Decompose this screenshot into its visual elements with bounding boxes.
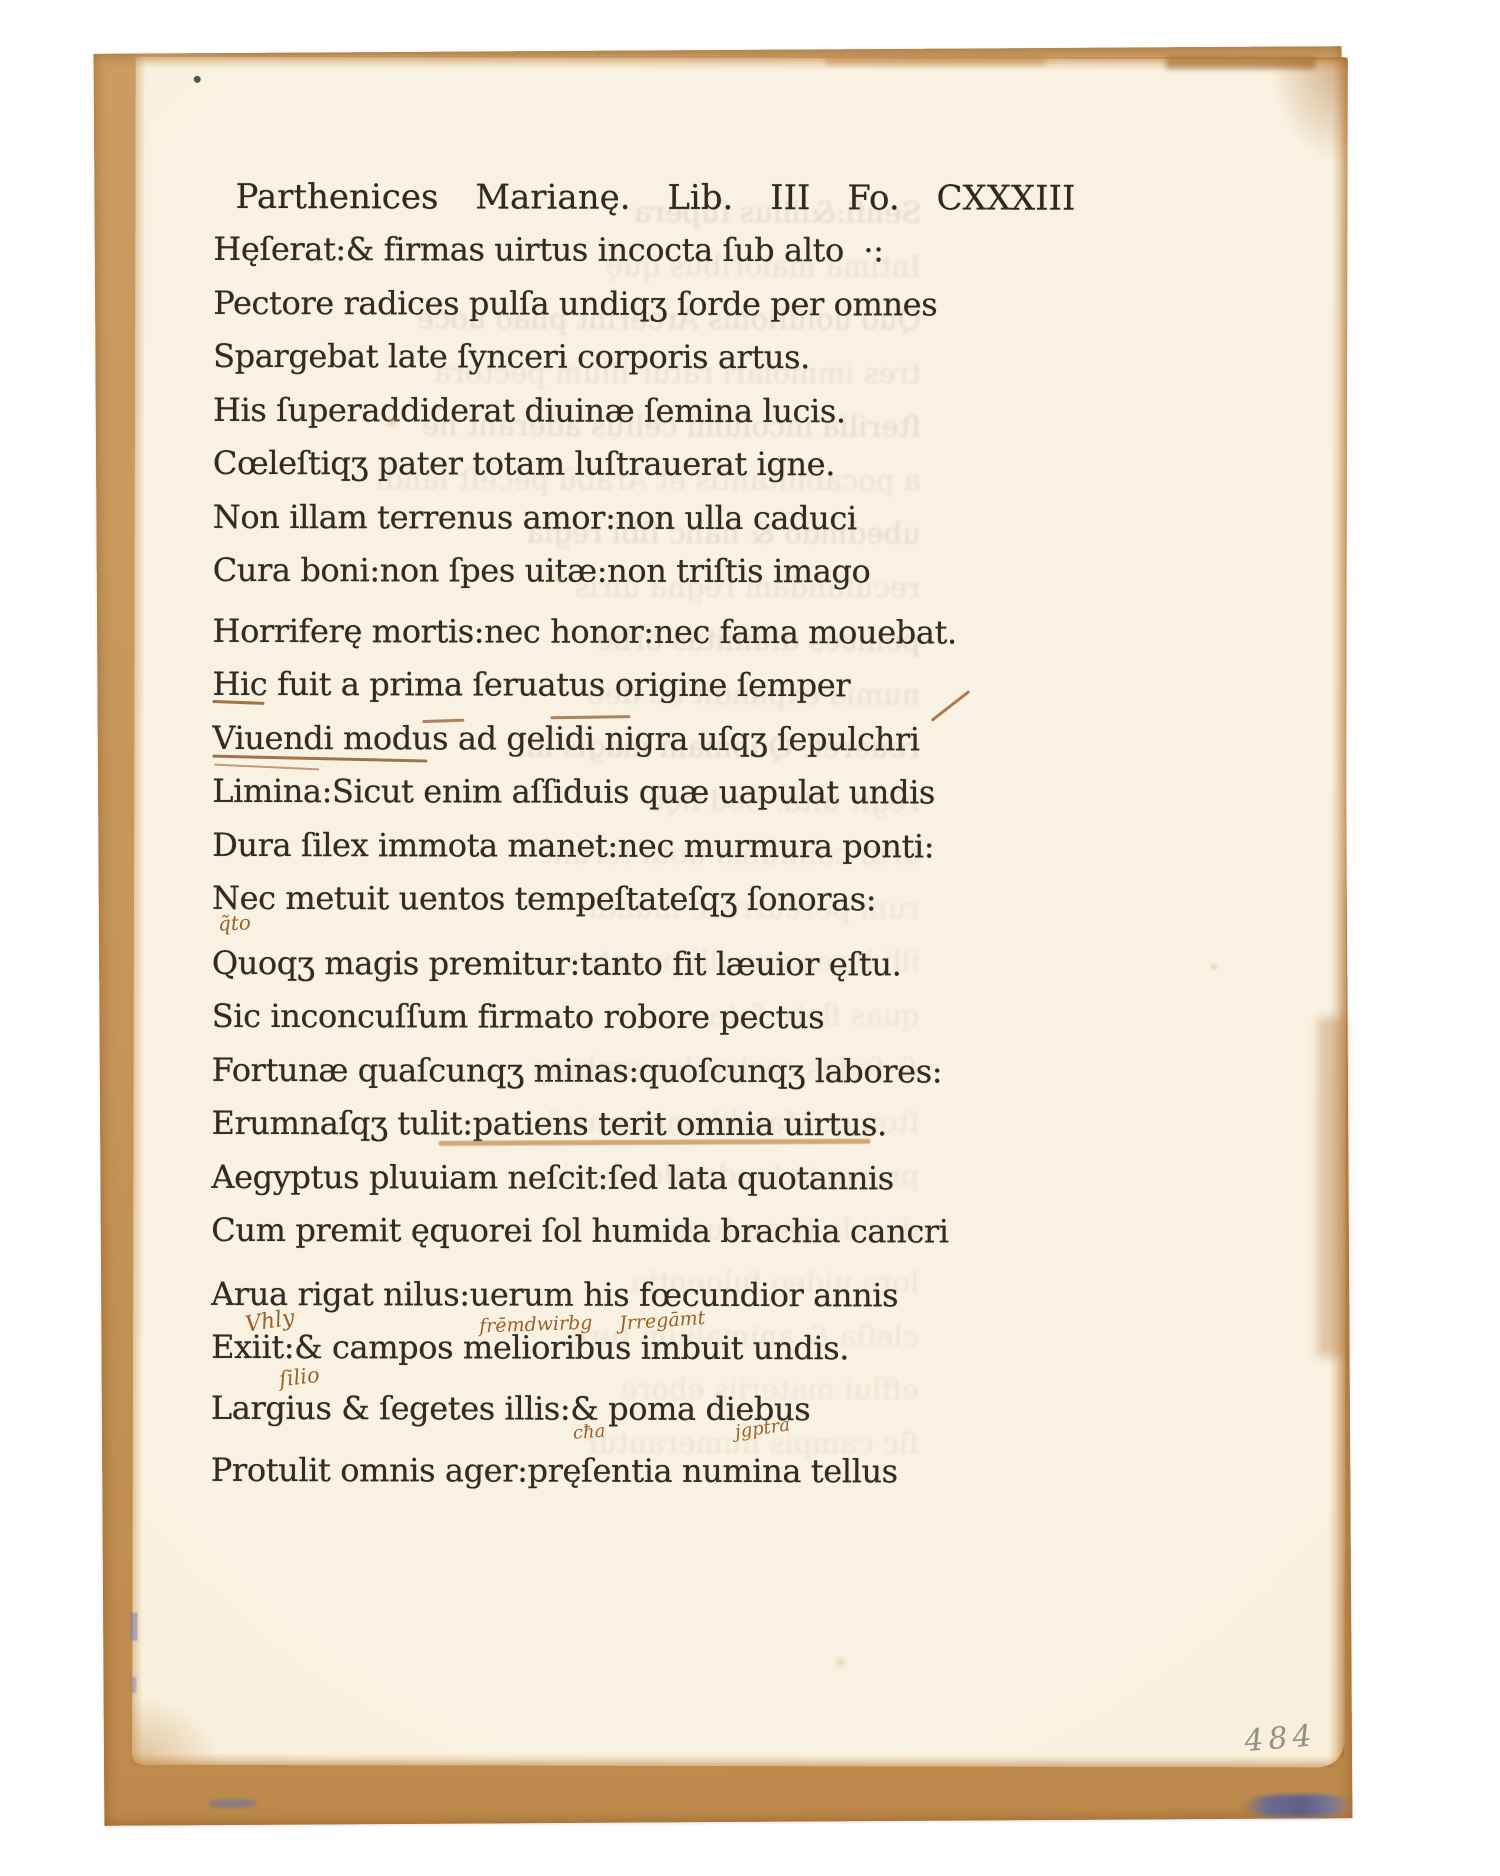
verse-line: Fortunæ quaſcunqʒ minas:quoſcunqʒ labore… [212, 1043, 956, 1098]
toned-edge-bottom [132, 1753, 1344, 1768]
verse-line: Horriferę mortis:nec honor:nec fama moue… [213, 604, 957, 659]
verse-line: Hic fuit a prima ſeruatus origine ſemper [212, 658, 956, 713]
verse-line: Dura ſilex immota manet:nec murmura pont… [212, 818, 956, 873]
foxing-spot [1209, 962, 1219, 972]
ink-spot [194, 76, 201, 83]
verse-line: Hęſerat:& firmas uirtus incocta ſub alto… [213, 223, 957, 278]
verse-text-block: Hęſerat:& firmas uirtus incocta ſub alto… [211, 223, 958, 1499]
verse-line: Cum premit ęquorei ſol humida brachia ca… [211, 1204, 955, 1259]
verse-line: His ſuperaddiderat diuinæ ſemina lucis. [213, 383, 957, 438]
foxing-spot [832, 1654, 848, 1670]
verse-line: Largius & ſegetes illis:& poma diebus [211, 1381, 955, 1436]
photo-background: { "page": { "header": "Parthenices Maria… [0, 0, 1500, 1876]
browning-stain-corner [1268, 57, 1348, 167]
verse-line: Non illam terrenus amor:non ulla caduci [213, 490, 957, 545]
blue-ink-dab [131, 1677, 136, 1693]
browning-stain-corner [132, 1695, 222, 1765]
verse-line: Arua rigat nilus:uerum his fœcundior ann… [211, 1267, 955, 1322]
pencil-folio-number: 484 [1243, 1718, 1318, 1759]
verse-line: Erumnaſqʒ tulit:patiens terit omnia uirt… [211, 1097, 955, 1152]
verse-line: Nec metuit uentos tempeſtateſqʒ ſonoras: [212, 872, 956, 927]
verse-line: Pectore radices pulſa undiqʒ ſorde per o… [213, 276, 957, 331]
blue-ink-smudge [1242, 1794, 1352, 1817]
browning-stain [1317, 1017, 1346, 1357]
browning-stain [1166, 57, 1316, 69]
verse-line: Spargebat late ſynceri corporis artus. [213, 330, 957, 385]
blue-ink-dab [130, 1613, 137, 1641]
verse-line: Cœleſtiqʒ pater totam luſtrauerat igne. [213, 437, 957, 492]
verse-line: Limina:Sicut enim aſſiduis quæ uapulat u… [212, 765, 956, 820]
leaf-page: Senſi:&illius ſuperaIntima maioribus quę… [132, 55, 1348, 1768]
verse-line: Protulit omnis ager:pręſentia numina tel… [211, 1444, 955, 1499]
verse-line: Exiit:& campos melioribus imbuit undis. [211, 1321, 955, 1376]
verse-line: Aegyptus pluuiam neſcit:ſed lata quotann… [211, 1150, 955, 1205]
toned-edge-top [136, 55, 1348, 72]
running-header: Parthenices Marianę. Lib. III Fo. CXXXII… [235, 175, 1075, 221]
browning-stain [826, 56, 1046, 65]
verse-line: Quoqʒ magis premitur:tanto fit læuior ęſ… [212, 936, 956, 991]
verse-line: Sic inconcuſſum firmato robore pectus [212, 990, 956, 1045]
blue-ink-smudge [208, 1799, 256, 1808]
verse-line: Viuendi modus ad gelidi nigra uſqʒ ſepul… [212, 711, 956, 766]
verse-line: Cura boni:non ſpes uitæ:non triſtis imag… [213, 544, 957, 599]
